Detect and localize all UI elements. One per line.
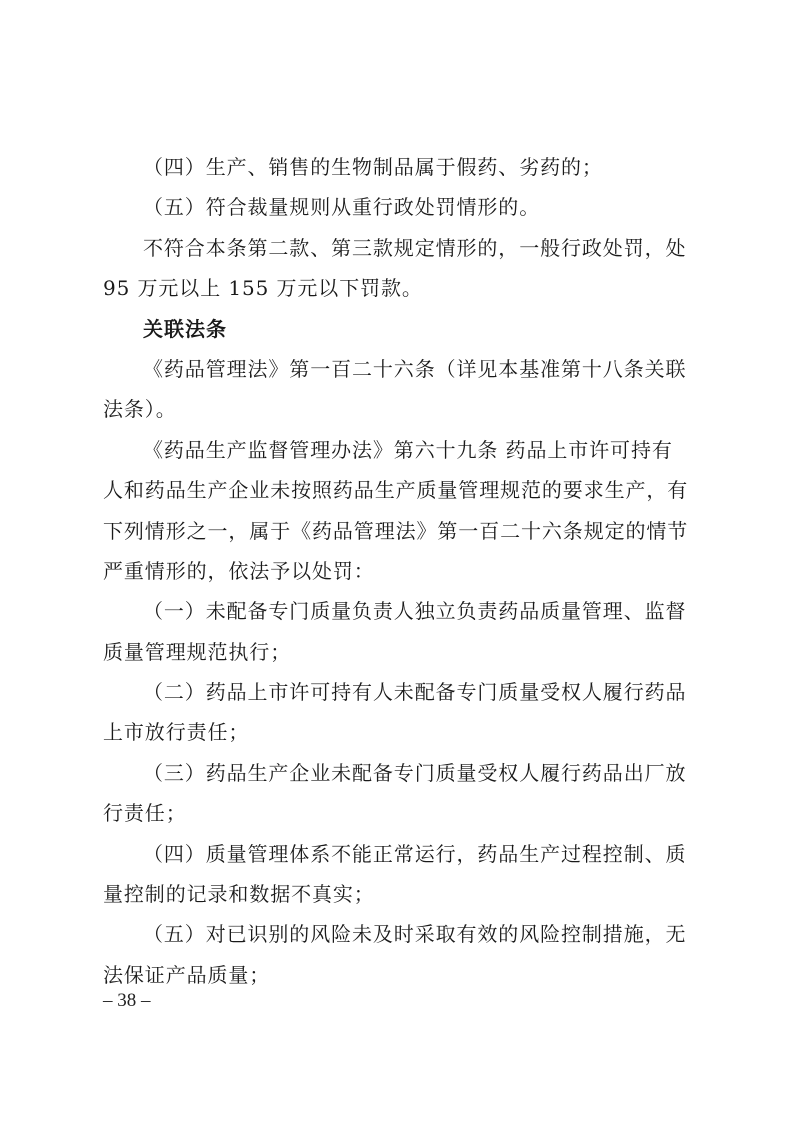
article-69-item-two-cont: 上市放行责任；	[103, 712, 691, 752]
article-69-item-one-cont: 质量管理规范执行；	[103, 632, 691, 672]
item-four-line: （四）生产、销售的生物制品属于假药、劣药的；	[103, 147, 691, 187]
production-supervision-article-69: 《药品生产监督管理办法》第六十九条 药品上市许可持有	[103, 430, 691, 470]
production-supervision-article-69-cont-2: 下列情形之一，属于《药品管理法》第一百二十六条规定的情节	[103, 511, 691, 551]
article-69-item-two: （二）药品上市许可持有人未配备专门质量受权人履行药品	[103, 672, 691, 712]
article-69-item-four: （四）质量管理体系不能正常运行，药品生产过程控制、质	[103, 834, 691, 874]
section-heading-related-laws: 关联法条	[103, 309, 691, 349]
drug-admin-law-reference: 《药品管理法》第一百二十六条（详见本基准第十八条关联	[103, 349, 691, 389]
article-69-item-three: （三）药品生产企业未配备专门质量受权人履行药品出厂放	[103, 753, 691, 793]
article-69-item-five-cont: 法保证产品质量；	[103, 955, 691, 995]
article-69-item-one: （一）未配备专门质量负责人独立负责药品质量管理、监督	[103, 591, 691, 631]
production-supervision-article-69-cont-1: 人和药品生产企业未按照药品生产质量管理规范的要求生产，有	[103, 470, 691, 510]
general-penalty-paragraph-cont: 95 万元以上 155 万元以下罚款。	[103, 268, 691, 308]
article-69-item-four-cont: 量控制的记录和数据不真实；	[103, 874, 691, 914]
article-69-item-three-cont: 行责任；	[103, 793, 691, 833]
item-five-line: （五）符合裁量规则从重行政处罚情形的。	[103, 187, 691, 227]
article-69-item-five: （五）对已识别的风险未及时采取有效的风险控制措施，无	[103, 914, 691, 954]
document-page: （四）生产、销售的生物制品属于假药、劣药的； （五）符合裁量规则从重行政处罚情形…	[103, 147, 691, 995]
production-supervision-article-69-cont-3: 严重情形的，依法予以处罚：	[103, 551, 691, 591]
general-penalty-paragraph: 不符合本条第二款、第三款规定情形的，一般行政处罚，处	[103, 228, 691, 268]
drug-admin-law-reference-cont: 法条）。	[103, 389, 691, 429]
page-number: – 38 –	[103, 990, 151, 1012]
